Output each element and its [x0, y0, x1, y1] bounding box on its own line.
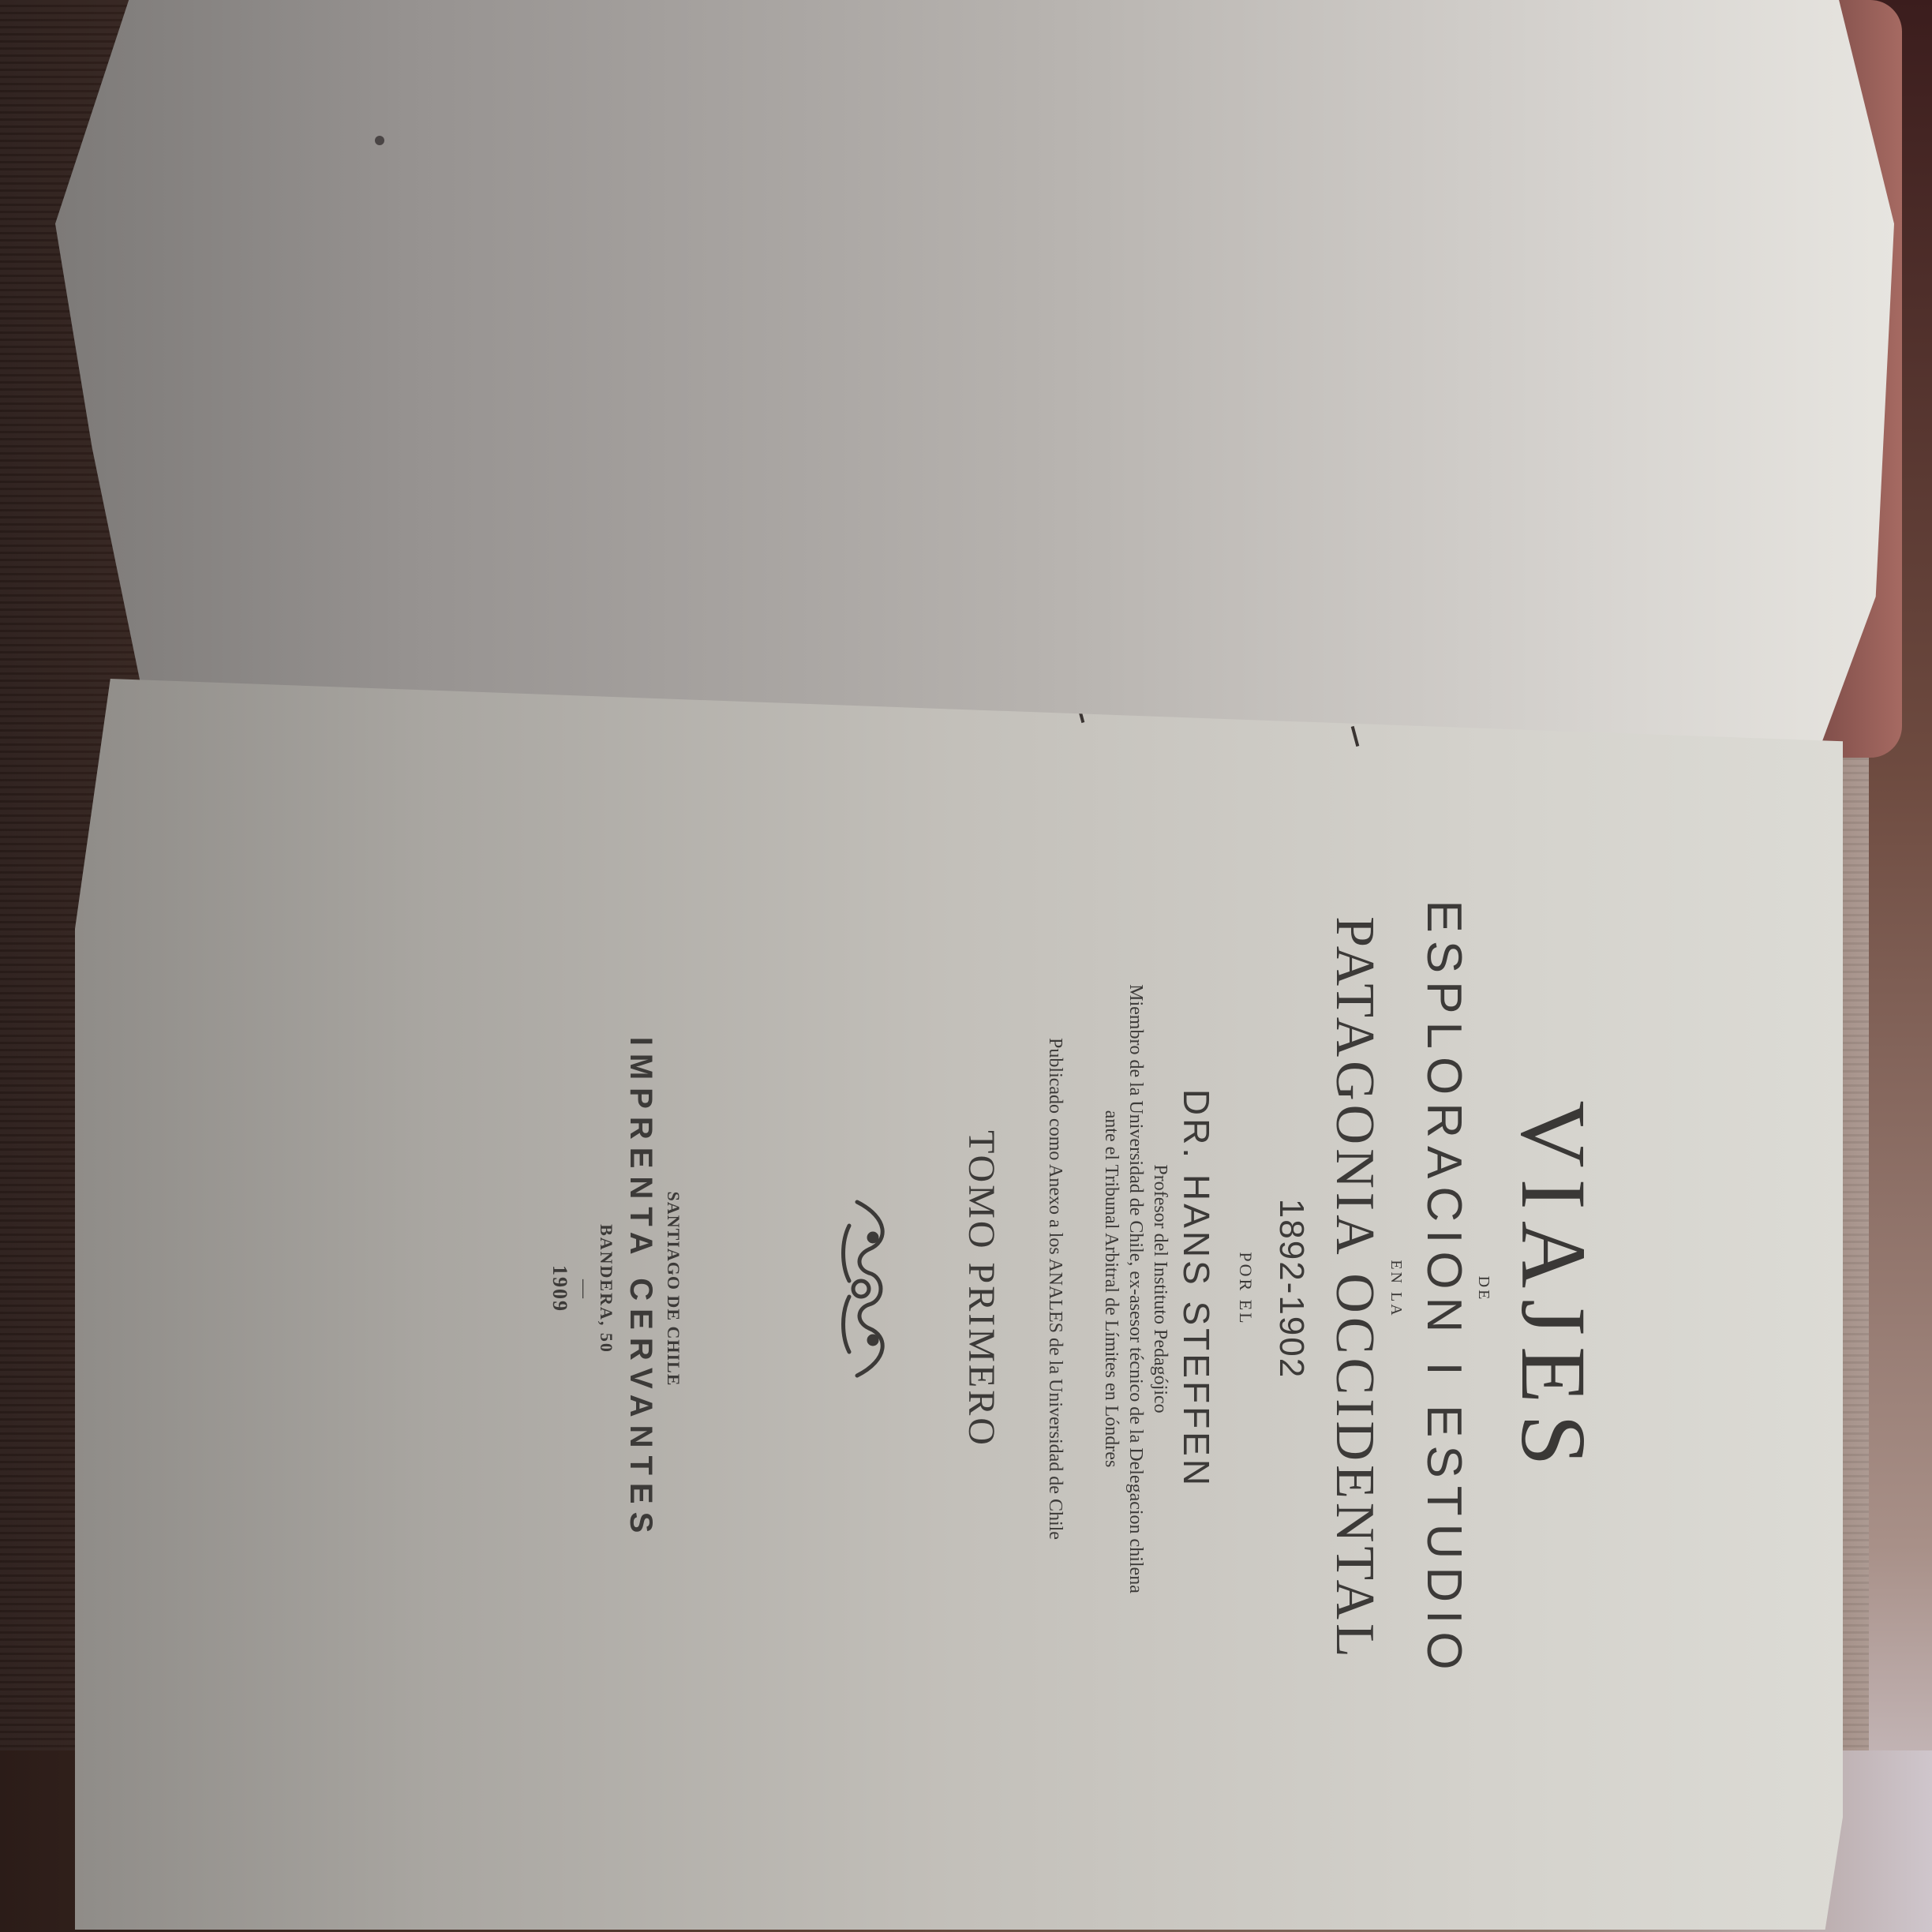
imprint-year: 1909: [548, 1265, 571, 1312]
connector-de: DE: [1474, 1276, 1492, 1302]
volume-label: TOMO PRIMERO: [960, 1130, 1003, 1447]
paper-speck: [375, 136, 384, 145]
imprint-address: BANDERA, 50: [596, 1224, 616, 1354]
author-name: DR. HANS STEFFEN: [1175, 1089, 1218, 1488]
printer-ornament-icon: [833, 1194, 904, 1383]
region-title: PATAGONIA OCCIDENTAL: [1327, 916, 1382, 1661]
title-page-text: VIAJES DE ESPLORACION I ESTUDIO EN LA PA…: [337, 736, 1600, 1841]
author-credential: Profesor del Instituto Pedagójico: [1149, 1164, 1170, 1413]
blank-verso-page: [55, 0, 1894, 746]
connector-en-la: EN LA: [1387, 1260, 1405, 1317]
author-credential: Miembro de la Universidad de Chile, ex-a…: [1125, 984, 1146, 1593]
years-range: 1892-1902: [1271, 1199, 1311, 1379]
book-subtitle: ESPLORACION I ESTUDIO: [1419, 900, 1468, 1677]
publication-note: Publicado como Anexo a los ANALES de la …: [1044, 1038, 1065, 1540]
imprint-printer: IMPRENTA CERVANTES: [623, 1037, 658, 1541]
book-title: VIAJES: [1507, 1100, 1600, 1477]
imprint-place: SANTIAGO DE CHILE: [663, 1192, 683, 1387]
connector-por-el: POR EL: [1235, 1252, 1256, 1325]
imprint-divider: —: [573, 1279, 594, 1298]
author-credential: ante el Tribunal Arbitral de Límites en …: [1100, 1110, 1121, 1468]
